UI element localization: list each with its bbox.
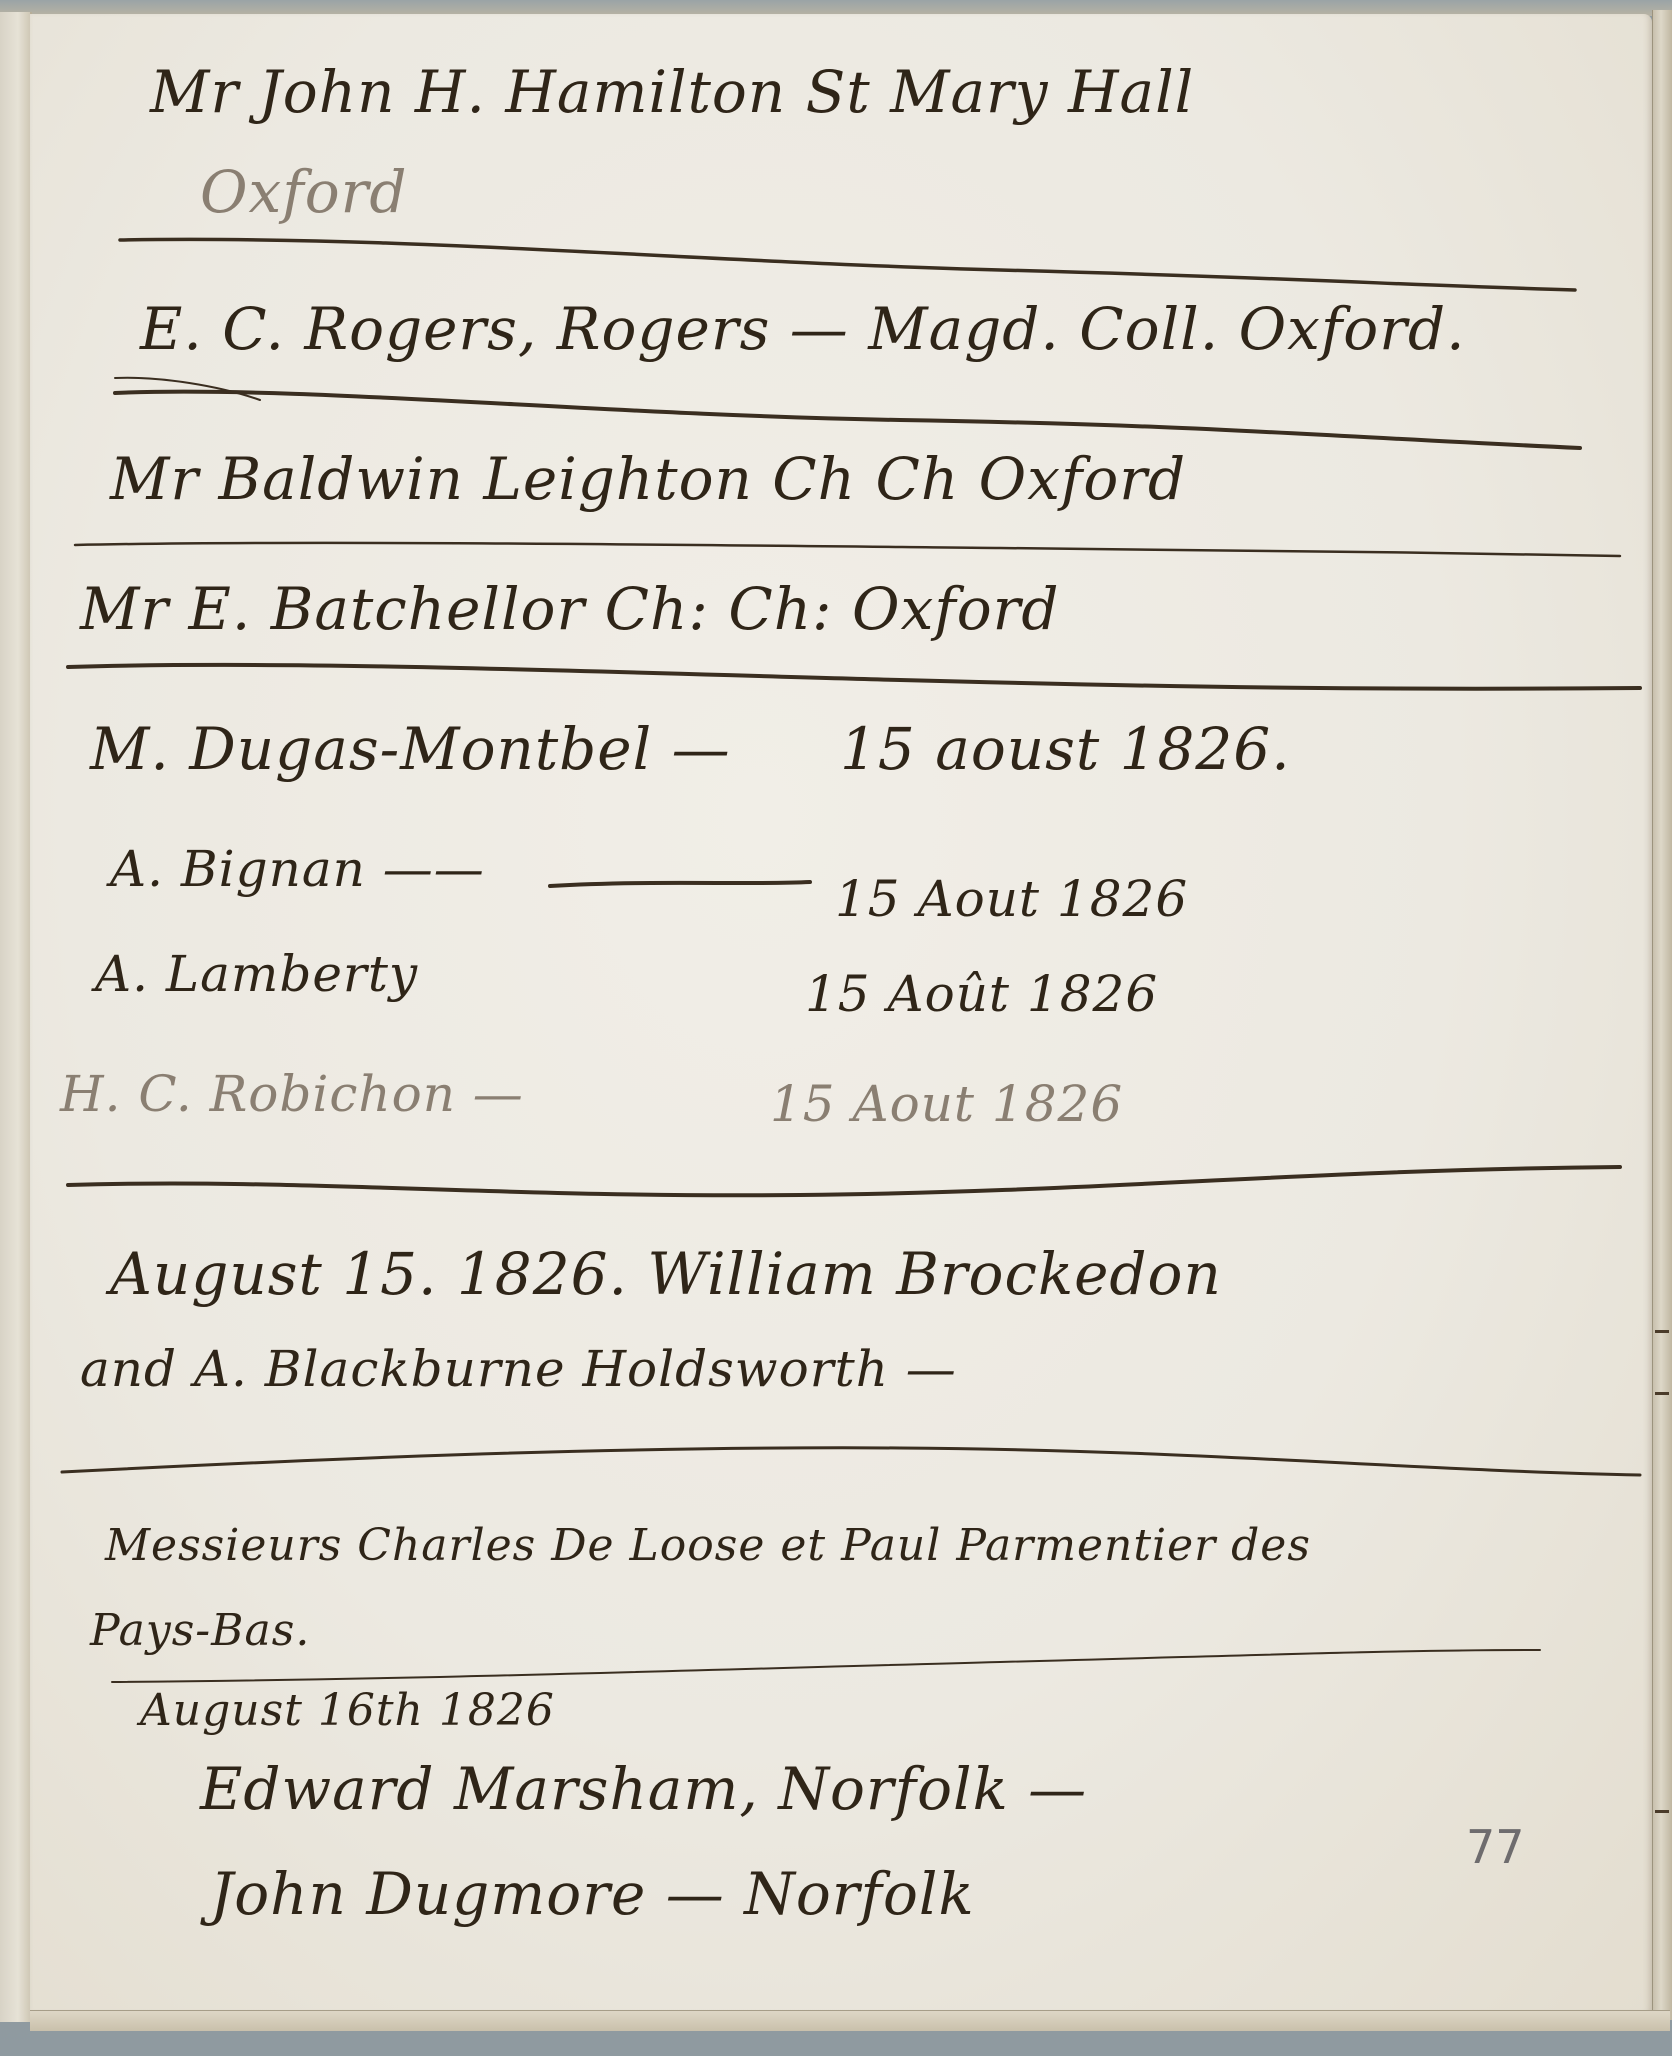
page-number: 77: [1466, 1820, 1525, 1874]
entry-robichon-date: 15 Aout 1826: [770, 1075, 1123, 1133]
entry-brockedon-line2: and A. Blackburne Holdsworth —: [80, 1340, 957, 1398]
divider-5: [68, 1167, 1620, 1195]
entry-marsham: Edward Marsham, Norfolk —: [200, 1755, 1087, 1823]
entry-aug16-date: August 16th 1826: [140, 1685, 555, 1736]
divider-2: [115, 392, 1580, 448]
divider-2b: [115, 378, 260, 400]
entry-lamberty-date: 15 Août 1826: [805, 965, 1158, 1023]
divider-6: [62, 1448, 1640, 1475]
entry-batchellor: Mr E. Batchellor Ch: Ch: Oxford: [80, 575, 1060, 643]
entry-de-loose-line1: Messieurs Charles De Loose et Paul Parme…: [105, 1520, 1311, 1571]
entry-de-loose-line2: Pays-Bas.: [90, 1605, 310, 1656]
divider-1: [120, 239, 1575, 290]
divider-7: [112, 1650, 1540, 1682]
entry-leighton: Mr Baldwin Leighton Ch Ch Oxford: [110, 445, 1186, 513]
entry-hamilton-line1: Mr John H. Hamilton St Mary Hall: [150, 58, 1194, 126]
divider-4: [68, 665, 1640, 689]
entry-dugmore: John Dugmore — Norfolk: [210, 1860, 975, 1928]
entry-bignan-date: 15 Aout 1826: [835, 870, 1188, 928]
entry-rogers: E. C. Rogers, Rogers — Magd. Coll. Oxfor…: [140, 295, 1466, 363]
bignan-flourish: [550, 882, 810, 886]
entry-lamberty-name: A. Lamberty: [95, 945, 418, 1003]
divider-3: [75, 543, 1620, 556]
entry-brockedon-line1: August 15. 1826. William Brockedon: [110, 1240, 1222, 1308]
entry-bignan-name: A. Bignan ——: [110, 840, 485, 898]
entry-robichon-name: H. C. Robichon —: [60, 1065, 524, 1123]
entry-hamilton-line2: Oxford: [200, 158, 408, 226]
entry-dugas-montbel-name: M. Dugas-Montbel —: [90, 715, 731, 783]
entry-dugas-montbel-date: 15 aoust 1826.: [840, 715, 1291, 783]
